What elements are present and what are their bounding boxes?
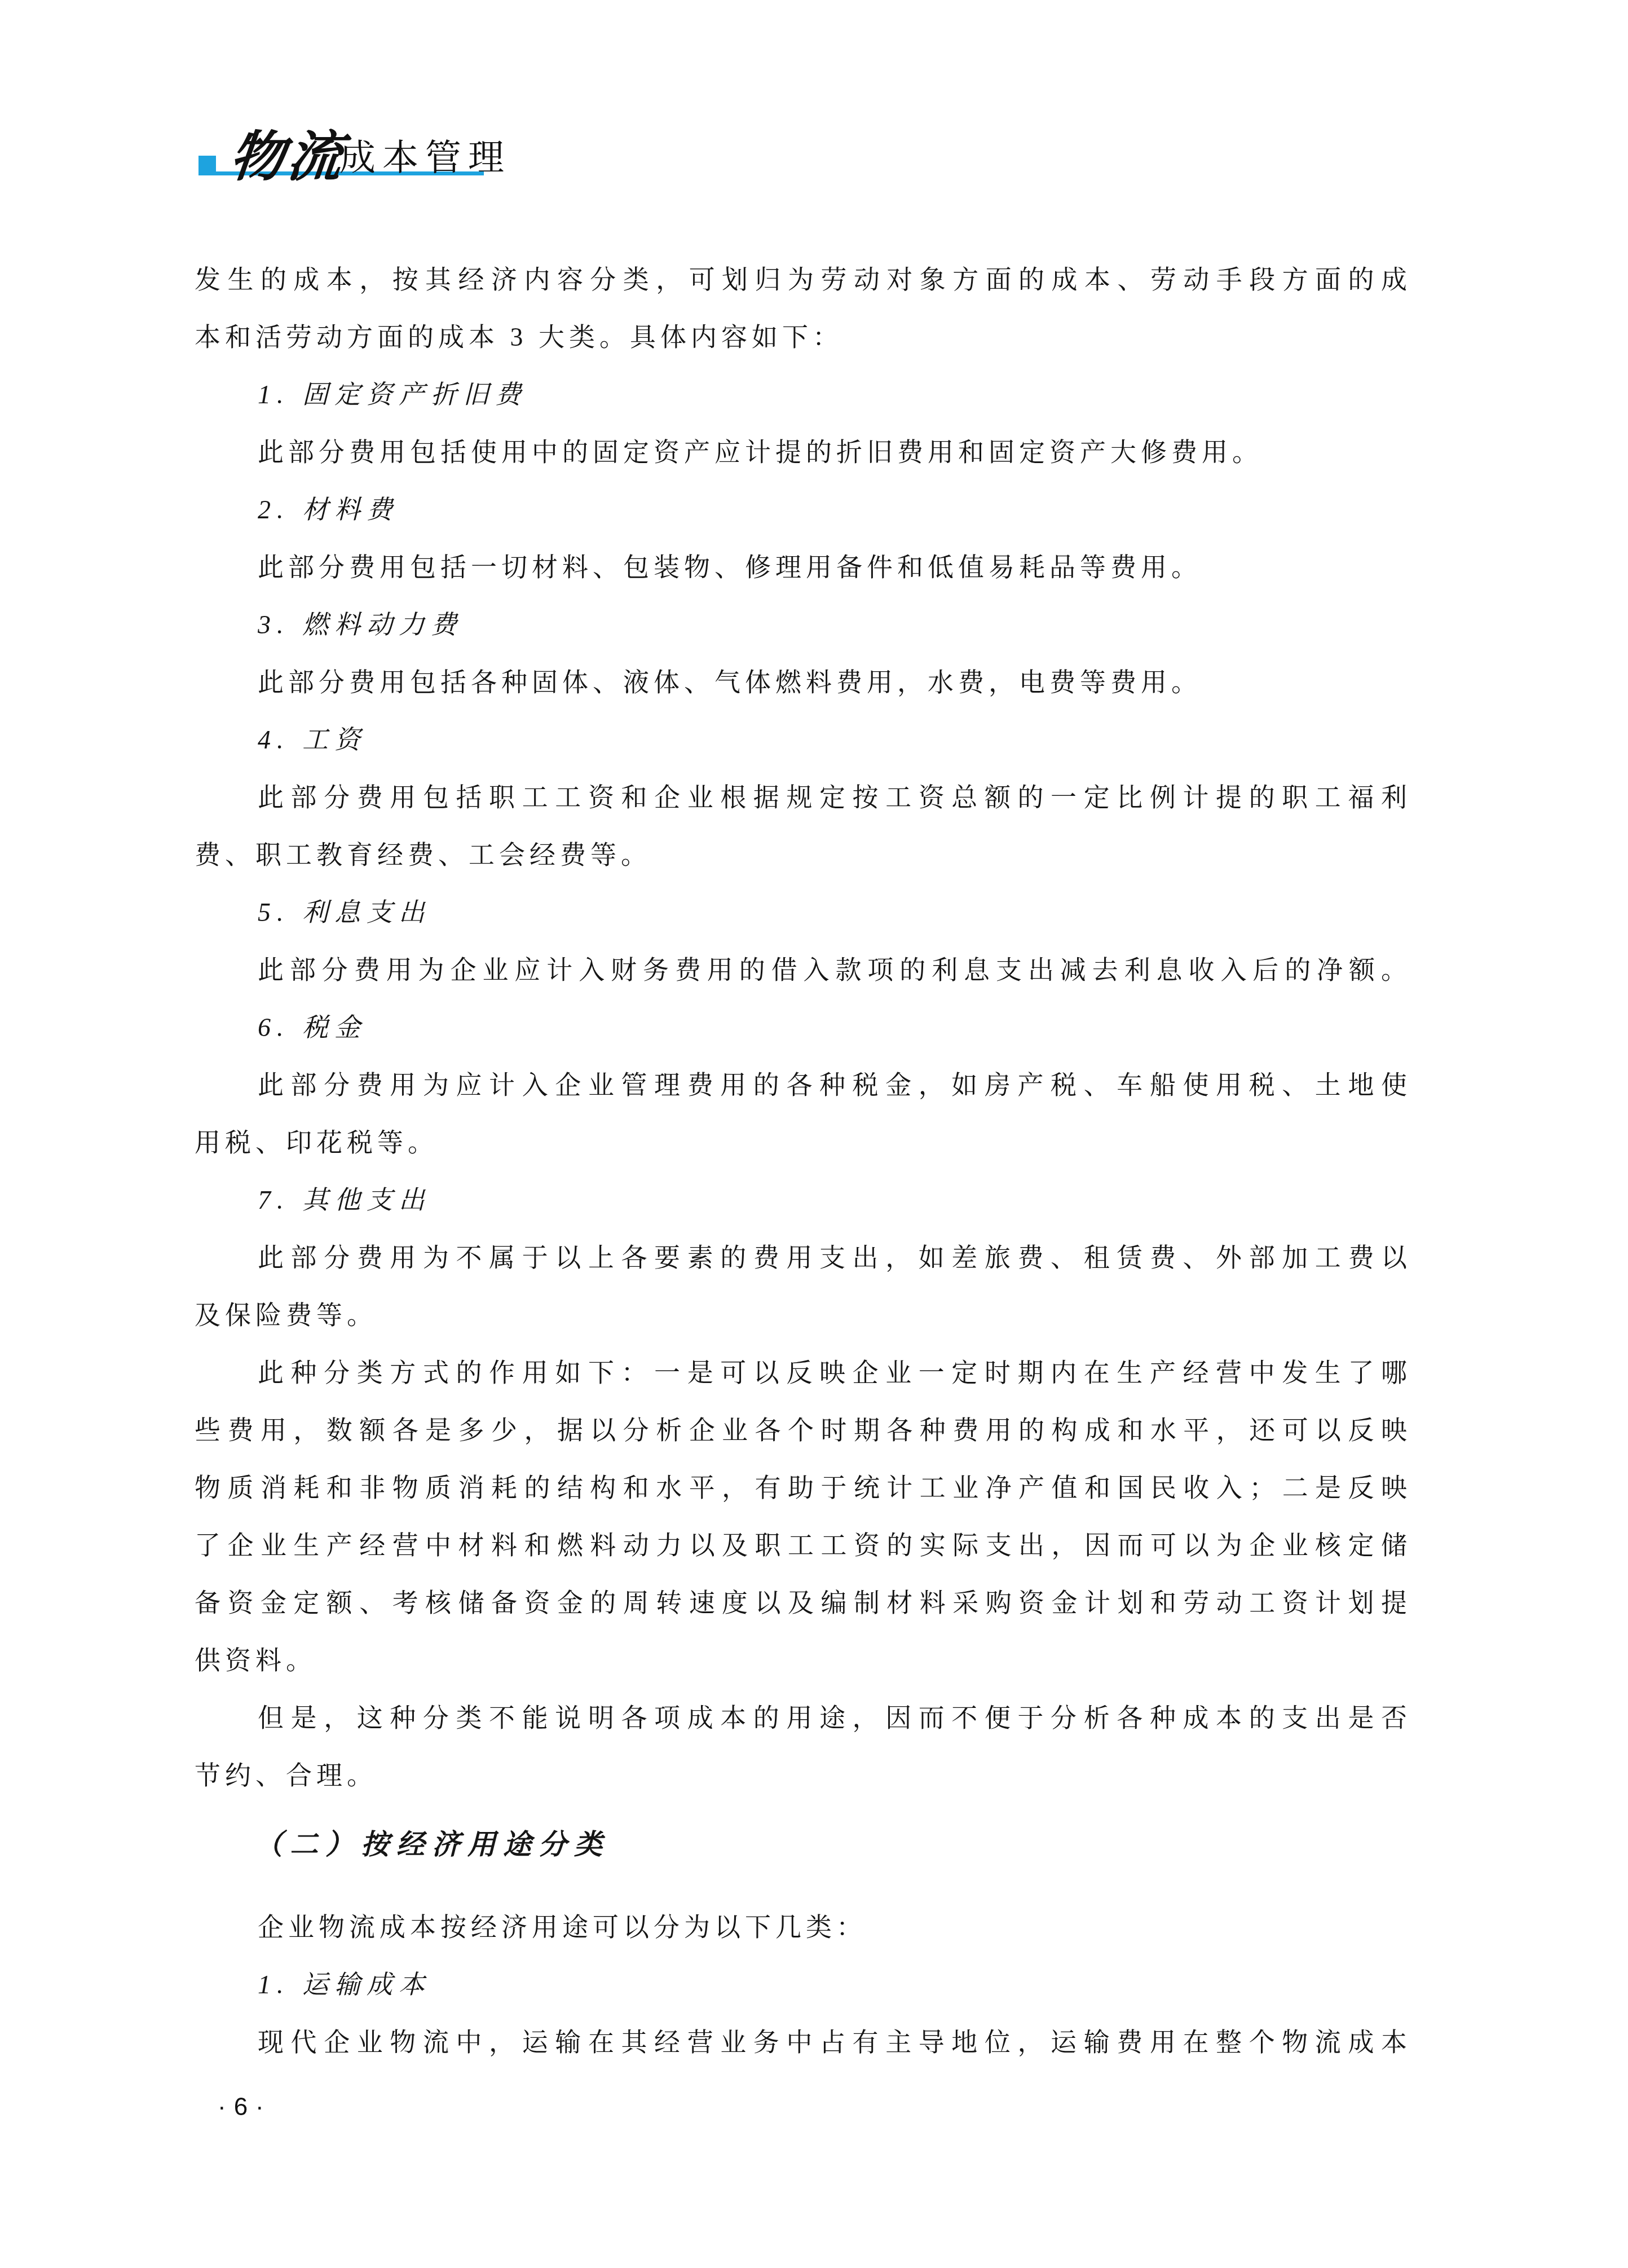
brand-calligraphy: 物流 <box>227 130 348 184</box>
text-line: 但是，这种分类不能说明各项成本的用途，因而不便于分析各种成本的支出是否 <box>195 1689 1411 1747</box>
numbered-heading: 1. 固定资产折旧费 <box>195 366 1411 424</box>
text-line: 此部分费用为应计入企业管理费用的各种税金，如房产税、车船使用税、土地使 <box>195 1056 1411 1114</box>
text-line: 此部分费用包括各种固体、液体、气体燃料费用，水费，电费等费用。 <box>195 654 1411 711</box>
text-line: 发生的成本，按其经济内容分类，可划归为劳动对象方面的成本、劳动手段方面的成 <box>195 251 1411 309</box>
text-line: 此部分费用为企业应计入财务费用的借入款项的利息支出减去利息收入后的净额。 <box>195 941 1411 999</box>
text-line: 此部分费用包括职工工资和企业根据规定按工资总额的一定比例计提的职工福利 <box>195 769 1411 826</box>
numbered-heading: 4. 工资 <box>195 711 1411 769</box>
text-line: 物质消耗和非物质消耗的结构和水平，有助于统计工业净产值和国民收入；二是反映 <box>195 1459 1411 1517</box>
text-line: 了企业生产经营中材料和燃料动力以及职工工资的实际支出，因而可以为企业核定储 <box>195 1517 1411 1574</box>
section-heading: （二）按经济用途分类 <box>195 1816 1411 1873</box>
text-line: 及保险费等。 <box>195 1287 1411 1344</box>
page-body: 发生的成本，按其经济内容分类，可划归为劳动对象方面的成本、劳动手段方面的成 本和… <box>195 251 1411 2071</box>
text-line: 备资金定额、考核储备资金的周转速度以及编制材料采购资金计划和劳动工资计划提 <box>195 1574 1411 1632</box>
text-line: 现代企业物流中，运输在其经营业务中占有主导地位，运输费用在整个物流成本 <box>195 2014 1411 2071</box>
book-page: 物流 成本管理 发生的成本，按其经济内容分类，可划归为劳动对象方面的成本、劳动手… <box>0 0 1628 2268</box>
text-line: 费、职工教育经费、工会经费等。 <box>195 826 1411 884</box>
text-line: 用税、印花税等。 <box>195 1114 1411 1172</box>
page-number: ·6· <box>218 2090 272 2124</box>
numbered-heading: 7. 其他支出 <box>195 1172 1411 1229</box>
numbered-heading: 6. 税金 <box>195 999 1411 1056</box>
numbered-heading: 1. 运输成本 <box>195 1956 1411 2014</box>
numbered-heading: 3. 燃料动力费 <box>195 596 1411 654</box>
accent-square <box>198 156 216 171</box>
text-line: 此部分费用为不属于以上各要素的费用支出，如差旅费、租赁费、外部加工费以 <box>195 1229 1411 1287</box>
text-line: 此种分类方式的作用如下：一是可以反映企业一定时期内在生产经营中发生了哪 <box>195 1344 1411 1402</box>
text-line: 些费用，数额各是多少，据以分析企业各个时期各种费用的构成和水平，还可以反映 <box>195 1402 1411 1459</box>
text-line: 本和活劳动方面的成本 3 大类。具体内容如下： <box>195 309 1411 366</box>
numbered-heading: 2. 材料费 <box>195 481 1411 539</box>
text-line: 此部分费用包括使用中的固定资产应计提的折旧费用和固定资产大修费用。 <box>195 424 1411 481</box>
text-line: 此部分费用包括一切材料、包装物、修理用备件和低值易耗品等费用。 <box>195 539 1411 596</box>
numbered-heading: 5. 利息支出 <box>195 884 1411 941</box>
text-line: 企业物流成本按经济用途可以分为以下几类： <box>195 1899 1411 1956</box>
text-line: 供资料。 <box>195 1632 1411 1689</box>
text-line: 节约、合理。 <box>195 1747 1411 1804</box>
brand-title: 成本管理 <box>339 139 511 175</box>
